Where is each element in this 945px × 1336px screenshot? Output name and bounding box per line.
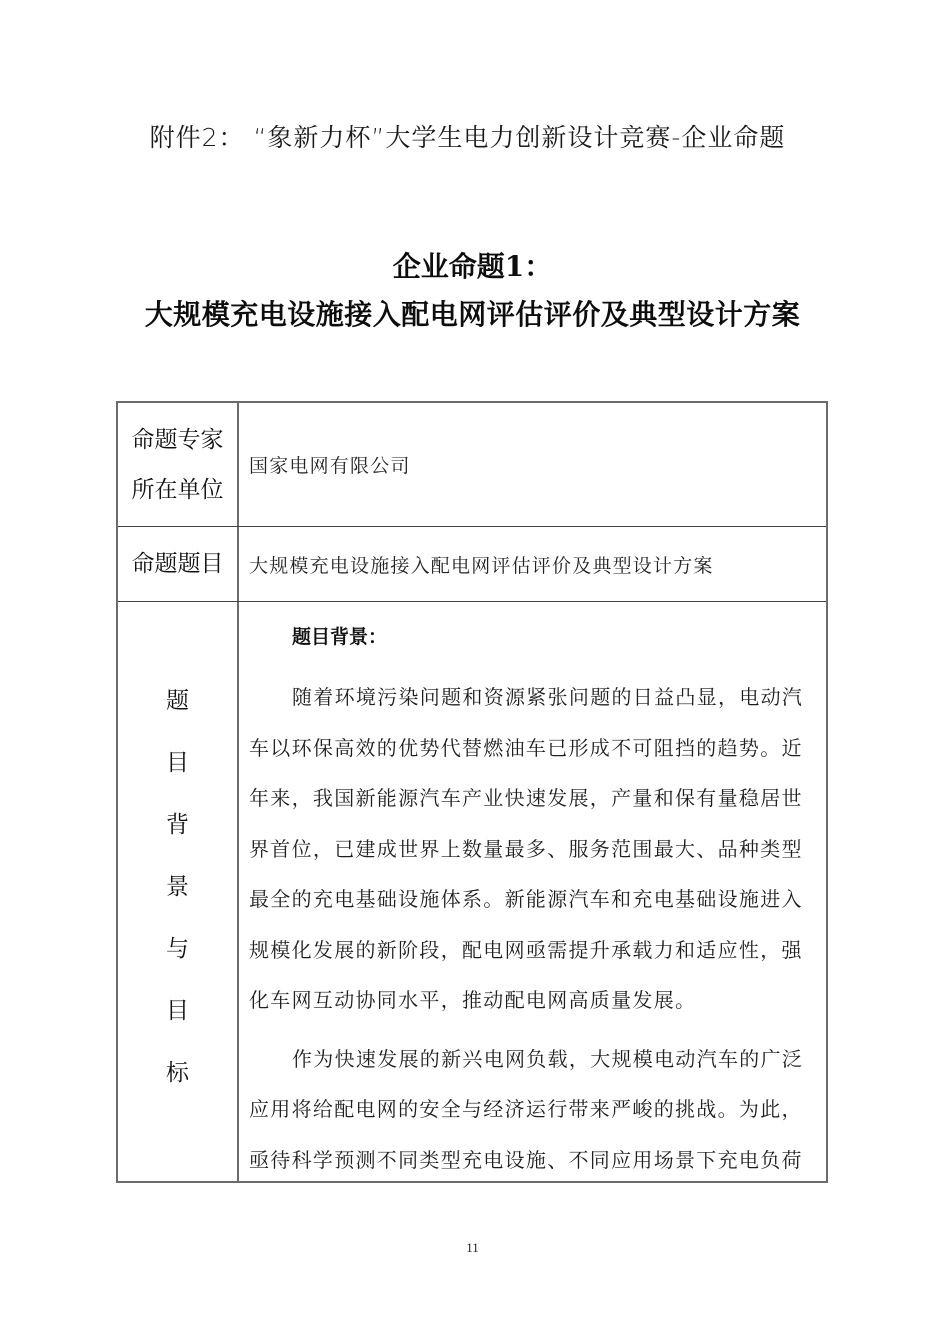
- expert-unit-label: 命题专家 所在单位: [118, 403, 237, 526]
- topic-title-value-text: 大规模充电设施接入配电网评估评价及典型设计方案: [249, 551, 714, 578]
- paragraph-line: 应用将给配电网的安全与经济运行带来严峻的挑战。为此，: [249, 1084, 818, 1135]
- background-section-heading: 题目背景：: [249, 620, 818, 664]
- expert-unit-label-line-1: 命题专家: [132, 415, 224, 465]
- page-number: 11: [0, 1240, 945, 1256]
- topic-number-label: 企业命题1：: [0, 245, 945, 285]
- vertical-label-char: 背: [166, 806, 189, 868]
- vertical-label-char: 与: [166, 930, 189, 992]
- paragraph-line: 作为快速发展的新兴电网负载，大规模电动汽车的广泛: [249, 1034, 818, 1085]
- expert-unit-value-text: 国家电网有限公司: [249, 451, 411, 478]
- vertical-label-char: 目: [166, 992, 189, 1054]
- expert-unit-label-line-2: 所在单位: [132, 465, 224, 515]
- table-row-background-goals: 题 目 背 景 与 目 标 题目背景： 随着环境污染问题和资源紧张问题的日益凸显…: [118, 602, 826, 1183]
- background-paragraph-2: 作为快速发展的新兴电网负载，大规模电动汽车的广泛 应用将给配电网的安全与经济运行…: [249, 1034, 818, 1186]
- column-divider: [237, 602, 239, 1183]
- background-goals-label: 题 目 背 景 与 目 标: [118, 682, 237, 1116]
- background-content: 题目背景： 随着环境污染问题和资源紧张问题的日益凸显，电动汽 车以环保高效的优势…: [249, 620, 818, 1193]
- paragraph-line: 年来，我国新能源汽车产业快速发展，产量和保有量稳居世: [249, 773, 818, 824]
- column-divider: [237, 527, 239, 601]
- vertical-label-char: 题: [166, 682, 189, 744]
- paragraph-line: 车以环保高效的优势代替燃油车已形成不可阻挡的趋势。近: [249, 723, 818, 774]
- appendix-heading: 附件2： “象新力杯”大学生电力创新设计竞赛-企业命题: [0, 118, 935, 154]
- expert-unit-value: 国家电网有限公司: [249, 403, 818, 526]
- topic-title: 大规模充电设施接入配电网评估评价及典型设计方案: [0, 293, 945, 333]
- topic-title-value: 大规模充电设施接入配电网评估评价及典型设计方案: [249, 527, 818, 601]
- vertical-label-char: 目: [166, 744, 189, 806]
- paragraph-line: 随着环境污染问题和资源紧张问题的日益凸显，电动汽: [249, 672, 818, 723]
- background-paragraph-1: 随着环境污染问题和资源紧张问题的日益凸显，电动汽 车以环保高效的优势代替燃油车已…: [249, 672, 818, 1026]
- table-row-expert-unit: 命题专家 所在单位 国家电网有限公司: [118, 403, 826, 527]
- column-divider: [237, 403, 239, 526]
- topic-title-label: 命题题目: [118, 527, 237, 601]
- paragraph-line: 亟待科学预测不同类型充电设施、不同应用场景下充电负荷: [249, 1135, 818, 1186]
- topic-title-label-text: 命题题目: [132, 539, 224, 589]
- paragraph-line: 最全的充电基础设施体系。新能源汽车和充电基础设施进入: [249, 874, 818, 925]
- topic-spec-table: 命题专家 所在单位 国家电网有限公司 命题题目 大规模充电设施接入配电网评估评价…: [116, 401, 828, 1183]
- vertical-label-char: 景: [166, 868, 189, 930]
- paragraph-line: 界首位，已建成世界上数量最多、服务范围最大、品种类型: [249, 824, 818, 875]
- paragraph-line: 规模化发展的新阶段，配电网亟需提升承载力和适应性，强: [249, 925, 818, 976]
- vertical-label-char: 标: [166, 1054, 189, 1116]
- paragraph-line: 化车网互动协同水平，推动配电网高质量发展。: [249, 975, 818, 1026]
- table-row-topic-title: 命题题目 大规模充电设施接入配电网评估评价及典型设计方案: [118, 527, 826, 602]
